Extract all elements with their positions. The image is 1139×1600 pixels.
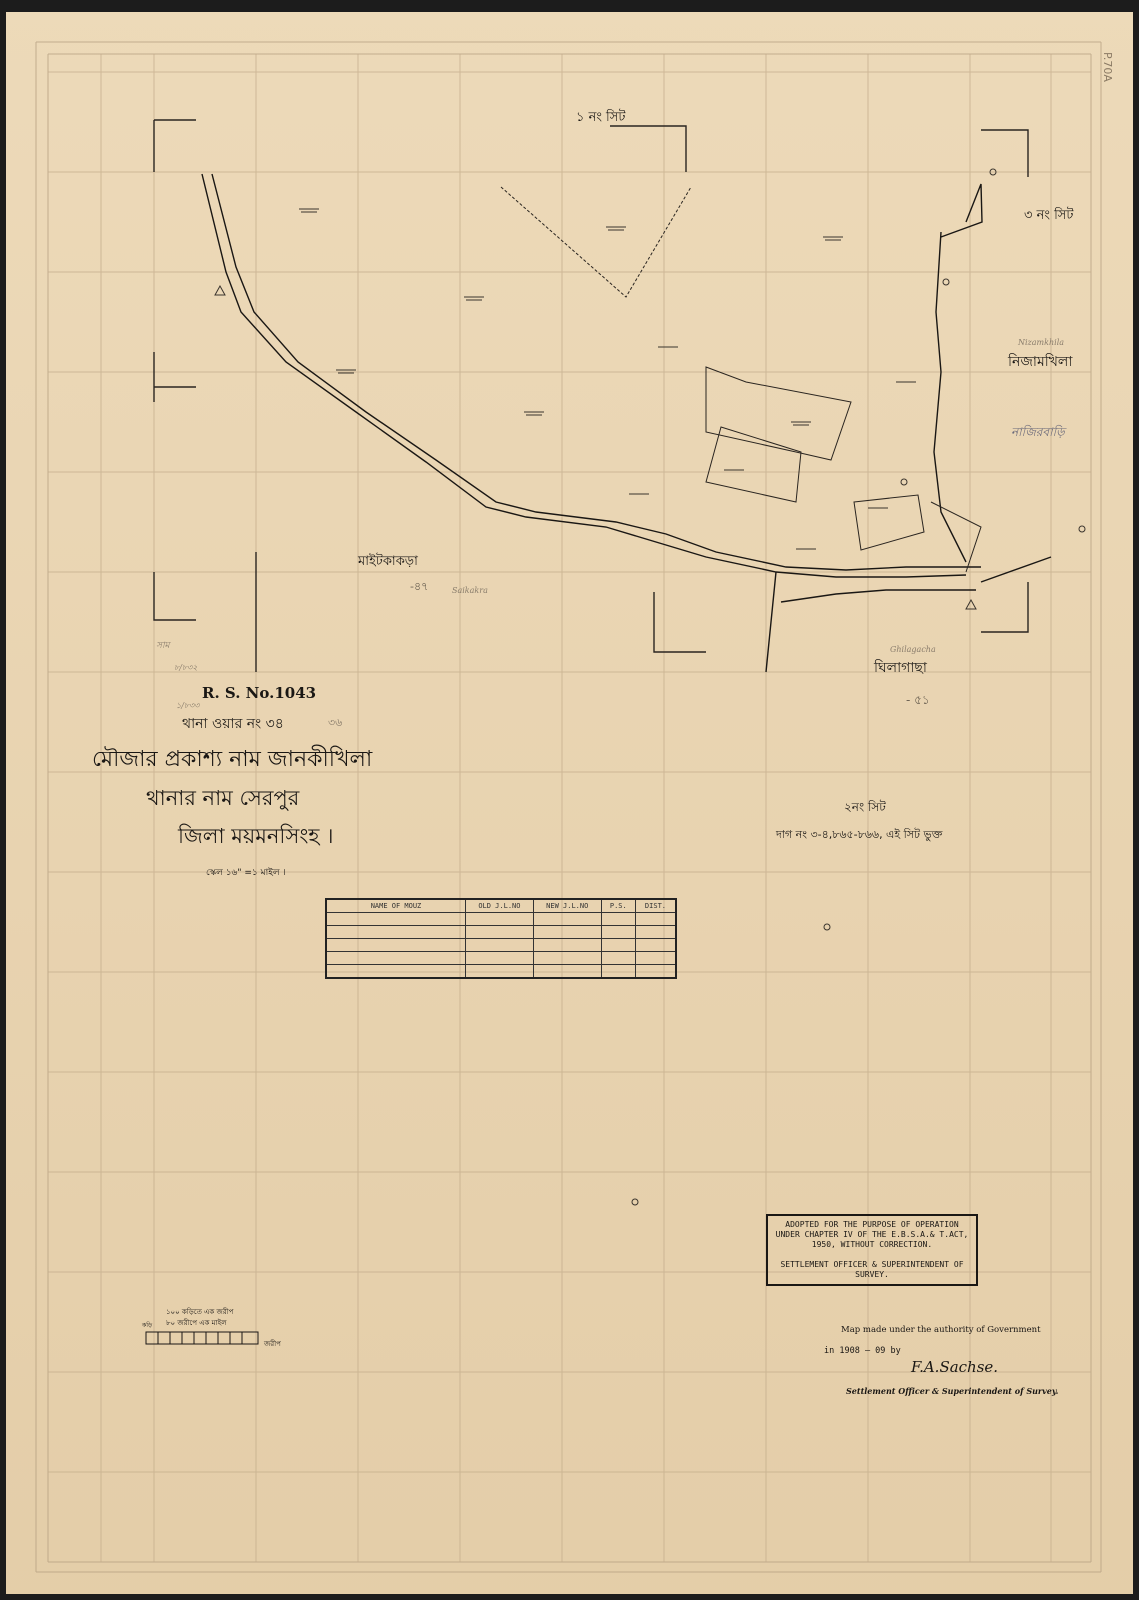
rs-number: R. S. No.1043 <box>202 684 316 702</box>
signature: F.A.Sachse. <box>911 1358 998 1376</box>
pencil-fraction-1: ৮/৮৩২ <box>174 662 197 675</box>
stamp-line-4: SETTLEMENT OFFICER & SUPERINTENDENT OF <box>774 1260 970 1270</box>
village-nizamkhila: নিজামখিলা <box>1008 350 1072 374</box>
sheet-code: P.70A <box>1101 52 1114 82</box>
village-ghilagacha: ঘিলাগাছা <box>874 656 927 680</box>
table-row <box>326 952 676 965</box>
authority-title: Settlement Officer & Superintendent of S… <box>846 1386 1058 1396</box>
sheet-bottom-plots: দাগ নং ৩-৪,৮৬৫-৮৬৬, এই সিট ভুক্ত <box>776 826 942 845</box>
stamp-line-3: 1950, WITHOUT CORRECTION. <box>774 1240 970 1250</box>
table-row <box>326 913 676 926</box>
scale-bar-line-2: ৮০ জরীপে এক মাইল <box>166 1317 226 1329</box>
thana-number: থানা ওয়ার নং ৩৪ <box>182 712 284 736</box>
scale-text: স্কেল ১৬" =১ মাইল । <box>206 865 286 880</box>
table-row <box>326 939 676 952</box>
table-row <box>326 926 676 939</box>
village-ghilagacha-pencil: Ghilagacha <box>890 645 936 654</box>
header-new-jl-no: NEW J.L.NO <box>533 899 601 913</box>
sheet-label-top: ১ নং সিট <box>576 108 625 129</box>
mouza-table: NAME OF MOUZ OLD J.L.NO NEW J.L.NO P.S. … <box>325 898 677 979</box>
sheet-label-bottom: ২নং সিট <box>844 799 886 819</box>
village-saikakra: মাইটকাকড়া <box>358 552 418 573</box>
header-name-of-mouza: NAME OF MOUZ <box>326 899 466 913</box>
pencil-note-left: সাম <box>156 638 170 653</box>
scale-bar-left-label: কড়ি <box>142 1320 152 1331</box>
header-old-jl-no: OLD J.L.NO <box>466 899 534 913</box>
sheet-label-right: ৩ নং সিট <box>1024 206 1073 227</box>
scale-bar-right-label: জরীপ <box>264 1338 281 1350</box>
header-ps: P.S. <box>601 899 635 913</box>
village-saikakra-number: -৪৭ <box>410 578 428 597</box>
map-sheet: P.70A ১ নং সিট ৩ নং সিট নিজামখিলা Nizamk… <box>6 12 1133 1594</box>
stamp-line-2: UNDER CHAPTER IV OF THE E.B.S.A.& T.ACT, <box>774 1230 970 1240</box>
adoption-stamp: ADOPTED FOR THE PURPOSE OF OPERATION UND… <box>766 1214 978 1286</box>
village-nizamkhila-pencil-bn: নাজিরবাড়ি <box>1011 424 1065 444</box>
district-name: জিলা ময়মনসিংহ । <box>178 820 334 855</box>
stamp-line-5: SURVEY. <box>774 1270 970 1280</box>
thana-name: থানার নাম সেরপুর <box>146 782 299 817</box>
village-saikakra-pencil: Saikakra <box>452 586 488 595</box>
header-dist: DIST. <box>635 899 676 913</box>
village-nizamkhila-pencil: Nizamkhila <box>1018 338 1064 347</box>
village-ghilagacha-number: - ৫১ <box>906 692 930 712</box>
mouza-name: মৌজার প্রকাশ্য নাম জানকীখিলা <box>92 742 372 779</box>
table-header-row: NAME OF MOUZ OLD J.L.NO NEW J.L.NO P.S. … <box>326 899 676 913</box>
stamp-line-1: ADOPTED FOR THE PURPOSE OF OPERATION <box>774 1220 970 1230</box>
authority-line: Map made under the authority of Governme… <box>841 1325 1041 1335</box>
authority-year: in 1908 — 09 by <box>824 1346 901 1356</box>
table-row <box>326 965 676 979</box>
thana-number-pencil: ৩৬ <box>328 714 342 733</box>
